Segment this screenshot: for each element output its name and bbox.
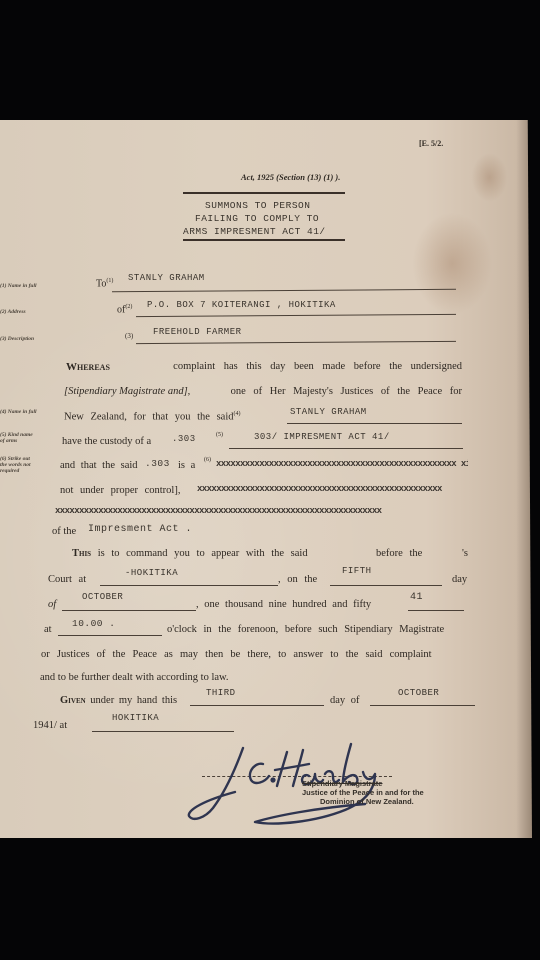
- said-arm: .303: [145, 458, 170, 469]
- act-name: Impresment Act .: [88, 524, 192, 535]
- signatory-title-line-3: Dominion of New Zealand.: [302, 797, 424, 806]
- to-label: To(1): [96, 278, 113, 289]
- is-a-text: is a: [178, 460, 195, 471]
- given-place: HOKITIKA: [112, 713, 159, 723]
- recipient-address: P.O. BOX 7 KOITERANGI , HOKITIKA: [147, 300, 336, 310]
- title-line-3: ARMS IMPRESMENT ACT 41/: [183, 226, 326, 237]
- day-label: day: [452, 574, 467, 585]
- year-text: , one thousand nine hundred and fifty: [196, 599, 371, 610]
- of-label: of(2): [117, 304, 132, 315]
- body-line-4: have the custody of a: [62, 436, 151, 447]
- margin-label-strike: (6) Strike out the words not required: [0, 456, 34, 474]
- given-line: Given under my hand this: [60, 695, 177, 706]
- signatory-title-line-2: Justice of the Peace in and for the: [302, 788, 424, 797]
- justices-line: or Justices of the Peace as may then be …: [41, 649, 432, 660]
- description-fill-line: [136, 341, 456, 344]
- appearance-time: 10.00 .: [72, 618, 115, 629]
- margin-label-address: (2) Address: [0, 309, 26, 315]
- given-year-label: 1941/ at: [33, 720, 67, 731]
- struck-text-line-3: xxxxxxxxxxxxxxxxxxxxxxxxxxxxxxxxxxxxxxxx…: [55, 506, 475, 516]
- custody-fill-line: [229, 448, 463, 449]
- description-sup: (3): [125, 332, 133, 340]
- appearance-month: OCTOBER: [82, 592, 123, 602]
- before-the-text: before the: [376, 548, 422, 559]
- of-month-label: of: [48, 599, 56, 610]
- custody-description: 303/ IMPRESMENT ACT 41/: [254, 432, 390, 442]
- body-line-1: Whereas complaint has this day been made…: [66, 361, 462, 373]
- act-reference: Act, 1925 (Section (13) (1) ).: [241, 172, 340, 182]
- recipient-description: FREEHOLD FARMER: [153, 327, 242, 337]
- given-month-fill-line: [370, 705, 475, 706]
- to-fill-line: [112, 289, 456, 292]
- given-day-fill-line: [190, 705, 324, 706]
- struck-text-line-1: xxxxxxxxxxxxxxxxxxxxxxxxxxxxxxxxxxxxxxxx…: [216, 459, 468, 469]
- margin-label-name: (1) Name in full: [0, 283, 37, 289]
- given-month: OCTOBER: [398, 688, 439, 698]
- time-text: o'clock in the forenoon, before such Sti…: [167, 624, 444, 635]
- law-line: and to be further dealt with according t…: [40, 672, 229, 683]
- court-at-label: Court at: [48, 574, 86, 585]
- body-line-2: [Stipendiary Magistrate and], one of Her…: [64, 386, 462, 397]
- on-the-text: , on the: [278, 574, 317, 585]
- signatory-title-line-1: Stipendiary Magistrate: [302, 779, 424, 788]
- summons-document: [E. 5/2. Act, 1925 (Section (13) (1) ). …: [0, 120, 532, 838]
- day-fill-line: [330, 585, 442, 586]
- time-fill-line: [58, 635, 162, 636]
- margin-label-description: (3) Description: [0, 336, 34, 342]
- month-fill-line: [62, 610, 196, 611]
- strike-sup: (6): [204, 457, 211, 463]
- at-time-label: at: [44, 624, 52, 635]
- year-fill-line: [408, 610, 464, 611]
- said-name-fill-line: [287, 423, 462, 424]
- title-line-1: SUMMONS TO PERSON: [205, 200, 310, 211]
- title-top-rule: [183, 192, 345, 194]
- day-of-label: day of: [330, 695, 360, 706]
- custody-arm: .303: [172, 434, 196, 444]
- said-name: STANLY GRAHAM: [290, 407, 367, 417]
- struck-text-line-2: xxxxxxxxxxxxxxxxxxxxxxxxxxxxxxxxxxxxxxxx…: [197, 484, 469, 494]
- given-day: THIRD: [206, 688, 236, 698]
- body-line-5: and that the said: [60, 460, 138, 471]
- appearance-year: 41: [410, 592, 423, 603]
- margin-label-kind: (5) Kind name of arms: [0, 432, 34, 444]
- recipient-name: STANLY GRAHAM: [128, 273, 205, 283]
- command-line: This is to command you to appear with th…: [72, 548, 308, 559]
- body-line-3: New Zealand, for that you the said(4): [64, 411, 241, 423]
- appearance-day: FIFTH: [342, 566, 372, 576]
- body-line-6: not under proper control],: [60, 485, 180, 496]
- court-fill-line: [100, 585, 278, 586]
- margin-label-name-2: (4) Name in full: [0, 409, 37, 415]
- body-line-8: of the: [52, 526, 76, 537]
- court-place: -HOKITIKA: [125, 568, 178, 578]
- signatory-title: Stipendiary Magistrate Justice of the Pe…: [302, 779, 424, 806]
- title-line-2: FAILING TO COMPLY TO: [195, 213, 319, 224]
- form-code: [E. 5/2.: [419, 139, 443, 148]
- custody-sup: (5): [216, 432, 223, 438]
- title-bottom-rule: [183, 239, 345, 241]
- address-fill-line: [136, 314, 456, 317]
- court-possessive: 's: [462, 548, 468, 559]
